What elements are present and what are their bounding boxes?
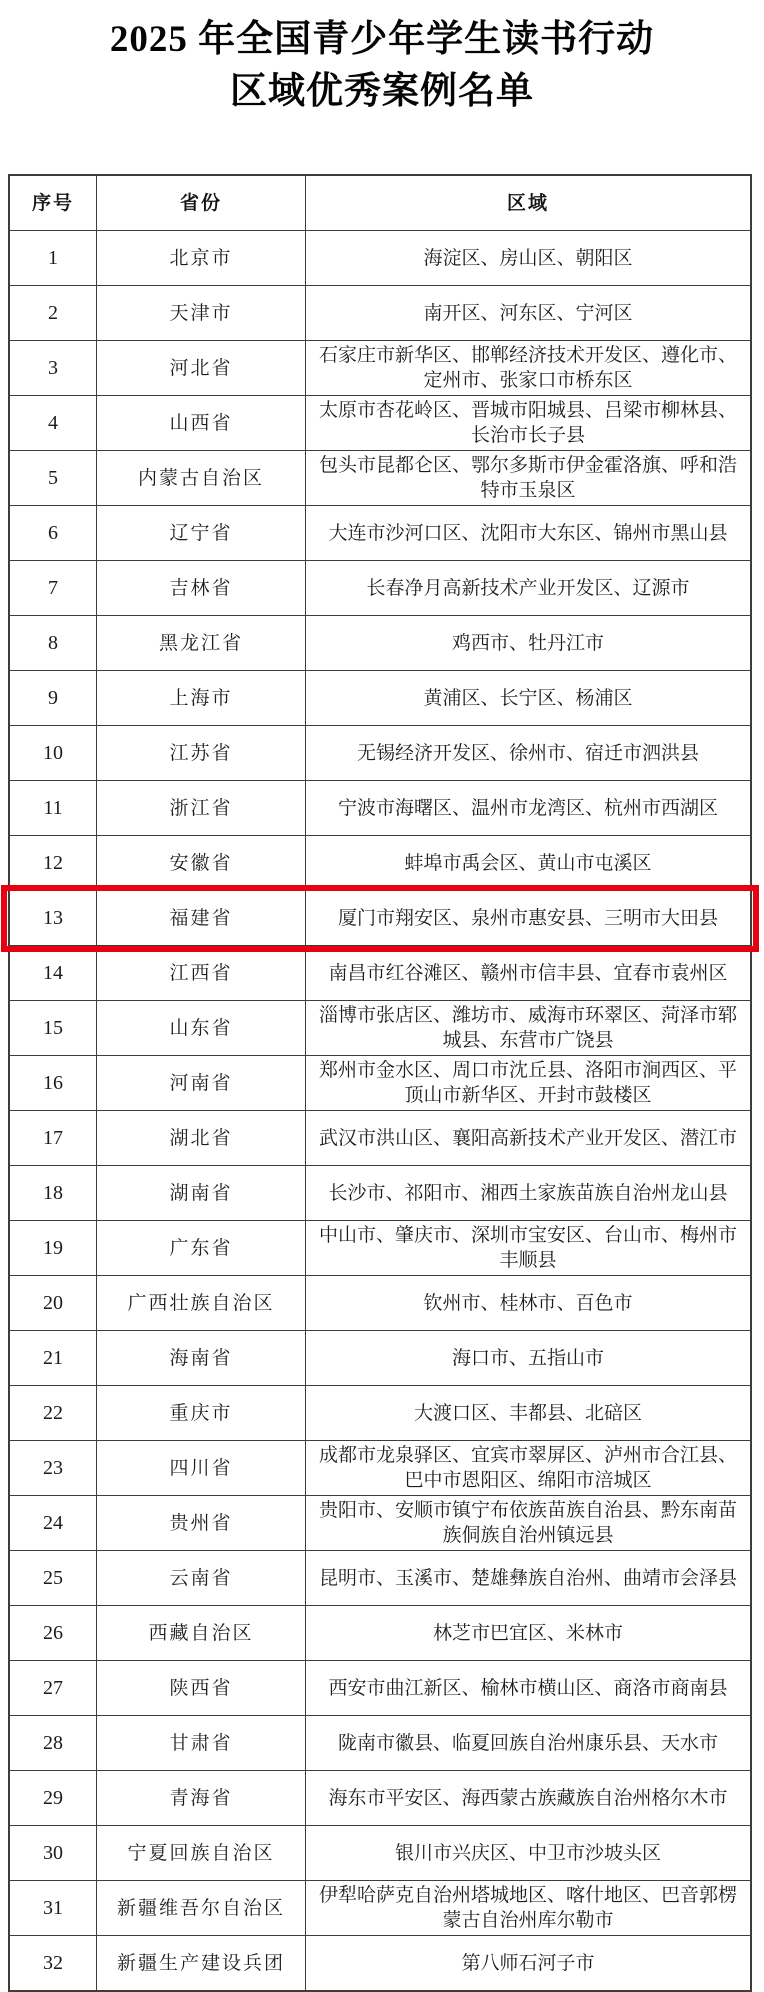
province-cell: 河北省 <box>97 341 306 396</box>
title-line-1: 2025 年全国青少年学生读书行动 <box>0 14 764 66</box>
regions-cell: 武汉市洪山区、襄阳高新技术产业开发区、潜江市 <box>306 1111 752 1166</box>
row-number-cell: 24 <box>9 1496 97 1551</box>
table-row: 30 宁夏回族自治区 银川市兴庆区、中卫市沙坡头区 <box>9 1826 751 1881</box>
table-row: 7 吉林省 长春净月高新技术产业开发区、辽源市 <box>9 561 751 616</box>
row-number-cell: 9 <box>9 671 97 726</box>
table-row: 16 河南省 郑州市金水区、周口市沈丘县、洛阳市涧西区、平顶山市新华区、开封市鼓… <box>9 1056 751 1111</box>
regions-cell: 海东市平安区、海西蒙古族藏族自治州格尔木市 <box>306 1771 752 1826</box>
province-cell: 江苏省 <box>97 726 306 781</box>
row-number-cell: 19 <box>9 1221 97 1276</box>
province-cell: 重庆市 <box>97 1386 306 1441</box>
province-cell: 河南省 <box>97 1056 306 1111</box>
regions-cell: 大连市沙河口区、沈阳市大东区、锦州市黑山县 <box>306 506 752 561</box>
regions-cell: 银川市兴庆区、中卫市沙坡头区 <box>306 1826 752 1881</box>
regions-cell: 淄博市张店区、潍坊市、威海市环翠区、菏泽市郓城县、东营市广饶县 <box>306 1001 752 1056</box>
regions-cell: 成都市龙泉驿区、宜宾市翠屏区、泸州市合江县、巴中市恩阳区、绵阳市涪城区 <box>306 1441 752 1496</box>
regions-cell: 海口市、五指山市 <box>306 1331 752 1386</box>
row-number-cell: 25 <box>9 1551 97 1606</box>
row-number-cell: 2 <box>9 286 97 341</box>
row-number-cell: 8 <box>9 616 97 671</box>
province-cell: 北京市 <box>97 231 306 286</box>
regions-cell: 南昌市红谷滩区、赣州市信丰县、宜春市袁州区 <box>306 946 752 1001</box>
table-row: 24 贵州省 贵阳市、安顺市镇宁布依族苗族自治县、黔东南苗族侗族自治州镇远县 <box>9 1496 751 1551</box>
row-number-cell: 13 <box>9 891 97 946</box>
page: 2025 年全国青少年学生读书行动 区域优秀案例名单 序号 省份 区域 1 北京… <box>0 14 764 1992</box>
regions-cell: 鸡西市、牡丹江市 <box>306 616 752 671</box>
row-number-cell: 21 <box>9 1331 97 1386</box>
regions-cell: 郑州市金水区、周口市沈丘县、洛阳市涧西区、平顶山市新华区、开封市鼓楼区 <box>306 1056 752 1111</box>
regions-cell: 贵阳市、安顺市镇宁布依族苗族自治县、黔东南苗族侗族自治州镇远县 <box>306 1496 752 1551</box>
regions-cell: 大渡口区、丰都县、北碚区 <box>306 1386 752 1441</box>
regions-cell: 海淀区、房山区、朝阳区 <box>306 231 752 286</box>
province-cell: 云南省 <box>97 1551 306 1606</box>
row-number-cell: 4 <box>9 396 97 451</box>
table-row: 15 山东省 淄博市张店区、潍坊市、威海市环翠区、菏泽市郓城县、东营市广饶县 <box>9 1001 751 1056</box>
province-cell: 四川省 <box>97 1441 306 1496</box>
regions-cell: 厦门市翔安区、泉州市惠安县、三明市大田县 <box>306 891 752 946</box>
province-cell: 山东省 <box>97 1001 306 1056</box>
row-number-cell: 15 <box>9 1001 97 1056</box>
province-cell: 吉林省 <box>97 561 306 616</box>
header-cell-province: 省份 <box>97 175 306 231</box>
table-row: 20 广西壮族自治区 钦州市、桂林市、百色市 <box>9 1276 751 1331</box>
row-number-cell: 31 <box>9 1881 97 1936</box>
table-row: 3 河北省 石家庄市新华区、邯郸经济技术开发区、遵化市、定州市、张家口市桥东区 <box>9 341 751 396</box>
regions-cell: 昆明市、玉溪市、楚雄彝族自治州、曲靖市会泽县 <box>306 1551 752 1606</box>
table-row: 12 安徽省 蚌埠市禹会区、黄山市屯溪区 <box>9 836 751 891</box>
province-cell: 湖南省 <box>97 1166 306 1221</box>
province-cell: 青海省 <box>97 1771 306 1826</box>
table-row: 21 海南省 海口市、五指山市 <box>9 1331 751 1386</box>
table-row: 5 内蒙古自治区 包头市昆都仑区、鄂尔多斯市伊金霍洛旗、呼和浩特市玉泉区 <box>9 451 751 506</box>
row-number-cell: 28 <box>9 1716 97 1771</box>
row-number-cell: 6 <box>9 506 97 561</box>
province-cell: 安徽省 <box>97 836 306 891</box>
row-number-cell: 26 <box>9 1606 97 1661</box>
province-cell: 福建省 <box>97 891 306 946</box>
row-number-cell: 11 <box>9 781 97 836</box>
table-row: 18 湖南省 长沙市、祁阳市、湘西土家族苗族自治州龙山县 <box>9 1166 751 1221</box>
province-cell: 贵州省 <box>97 1496 306 1551</box>
regions-cell: 石家庄市新华区、邯郸经济技术开发区、遵化市、定州市、张家口市桥东区 <box>306 341 752 396</box>
table-row: 6 辽宁省 大连市沙河口区、沈阳市大东区、锦州市黑山县 <box>9 506 751 561</box>
province-cell: 湖北省 <box>97 1111 306 1166</box>
table-row: 22 重庆市 大渡口区、丰都县、北碚区 <box>9 1386 751 1441</box>
row-number-cell: 27 <box>9 1661 97 1716</box>
row-number-cell: 17 <box>9 1111 97 1166</box>
row-number-cell: 23 <box>9 1441 97 1496</box>
row-number-cell: 30 <box>9 1826 97 1881</box>
title-line-2: 区域优秀案例名单 <box>0 66 764 118</box>
regions-cell: 陇南市徽县、临夏回族自治州康乐县、天水市 <box>306 1716 752 1771</box>
table-row: 13 福建省 厦门市翔安区、泉州市惠安县、三明市大田县 <box>9 891 751 946</box>
row-number-cell: 29 <box>9 1771 97 1826</box>
table-row: 8 黑龙江省 鸡西市、牡丹江市 <box>9 616 751 671</box>
province-cell: 山西省 <box>97 396 306 451</box>
row-number-cell: 12 <box>9 836 97 891</box>
table-row: 9 上海市 黄浦区、长宁区、杨浦区 <box>9 671 751 726</box>
table-row: 14 江西省 南昌市红谷滩区、赣州市信丰县、宜春市袁州区 <box>9 946 751 1001</box>
header-row: 序号 省份 区域 <box>9 175 751 231</box>
table-row: 25 云南省 昆明市、玉溪市、楚雄彝族自治州、曲靖市会泽县 <box>9 1551 751 1606</box>
province-cell: 黑龙江省 <box>97 616 306 671</box>
table-row: 28 甘肃省 陇南市徽县、临夏回族自治州康乐县、天水市 <box>9 1716 751 1771</box>
province-cell: 上海市 <box>97 671 306 726</box>
table-row: 11 浙江省 宁波市海曙区、温州市龙湾区、杭州市西湖区 <box>9 781 751 836</box>
table-row: 27 陕西省 西安市曲江新区、榆林市横山区、商洛市商南县 <box>9 1661 751 1716</box>
row-number-cell: 5 <box>9 451 97 506</box>
province-cell: 新疆生产建设兵团 <box>97 1936 306 1992</box>
regions-cell: 长春净月高新技术产业开发区、辽源市 <box>306 561 752 616</box>
regions-cell: 无锡经济开发区、徐州市、宿迁市泗洪县 <box>306 726 752 781</box>
province-cell: 广东省 <box>97 1221 306 1276</box>
table-wrap: 序号 省份 区域 1 北京市 海淀区、房山区、朝阳区 2 天津市 南开区、河东区… <box>8 174 752 1992</box>
regions-cell: 太原市杏花岭区、晋城市阳城县、吕梁市柳林县、长治市长子县 <box>306 396 752 451</box>
page-title: 2025 年全国青少年学生读书行动 区域优秀案例名单 <box>0 14 764 118</box>
table-row: 19 广东省 中山市、肇庆市、深圳市宝安区、台山市、梅州市丰顺县 <box>9 1221 751 1276</box>
row-number-cell: 3 <box>9 341 97 396</box>
row-number-cell: 32 <box>9 1936 97 1992</box>
row-number-cell: 10 <box>9 726 97 781</box>
row-number-cell: 16 <box>9 1056 97 1111</box>
province-cell: 海南省 <box>97 1331 306 1386</box>
table-row: 29 青海省 海东市平安区、海西蒙古族藏族自治州格尔木市 <box>9 1771 751 1826</box>
row-number-cell: 22 <box>9 1386 97 1441</box>
table-row: 1 北京市 海淀区、房山区、朝阳区 <box>9 231 751 286</box>
regions-cell: 中山市、肇庆市、深圳市宝安区、台山市、梅州市丰顺县 <box>306 1221 752 1276</box>
province-cell: 内蒙古自治区 <box>97 451 306 506</box>
table-row: 32 新疆生产建设兵团 第八师石河子市 <box>9 1936 751 1992</box>
province-cell: 甘肃省 <box>97 1716 306 1771</box>
table-row: 10 江苏省 无锡经济开发区、徐州市、宿迁市泗洪县 <box>9 726 751 781</box>
regions-cell: 钦州市、桂林市、百色市 <box>306 1276 752 1331</box>
regions-cell: 南开区、河东区、宁河区 <box>306 286 752 341</box>
row-number-cell: 20 <box>9 1276 97 1331</box>
row-number-cell: 7 <box>9 561 97 616</box>
province-cell: 新疆维吾尔自治区 <box>97 1881 306 1936</box>
table-row: 4 山西省 太原市杏花岭区、晋城市阳城县、吕梁市柳林县、长治市长子县 <box>9 396 751 451</box>
regions-cell: 西安市曲江新区、榆林市横山区、商洛市商南县 <box>306 1661 752 1716</box>
regions-cell: 第八师石河子市 <box>306 1936 752 1992</box>
header-cell-region: 区域 <box>306 175 752 231</box>
table-row: 2 天津市 南开区、河东区、宁河区 <box>9 286 751 341</box>
table-row: 31 新疆维吾尔自治区 伊犁哈萨克自治州塔城地区、喀什地区、巴音郭楞蒙古自治州库… <box>9 1881 751 1936</box>
cases-table: 序号 省份 区域 1 北京市 海淀区、房山区、朝阳区 2 天津市 南开区、河东区… <box>8 174 752 1992</box>
row-number-cell: 1 <box>9 231 97 286</box>
province-cell: 浙江省 <box>97 781 306 836</box>
table-row: 26 西藏自治区 林芝市巴宜区、米林市 <box>9 1606 751 1661</box>
regions-cell: 蚌埠市禹会区、黄山市屯溪区 <box>306 836 752 891</box>
regions-cell: 宁波市海曙区、温州市龙湾区、杭州市西湖区 <box>306 781 752 836</box>
province-cell: 天津市 <box>97 286 306 341</box>
regions-cell: 长沙市、祁阳市、湘西土家族苗族自治州龙山县 <box>306 1166 752 1221</box>
regions-cell: 包头市昆都仑区、鄂尔多斯市伊金霍洛旗、呼和浩特市玉泉区 <box>306 451 752 506</box>
regions-cell: 伊犁哈萨克自治州塔城地区、喀什地区、巴音郭楞蒙古自治州库尔勒市 <box>306 1881 752 1936</box>
table-row: 23 四川省 成都市龙泉驿区、宜宾市翠屏区、泸州市合江县、巴中市恩阳区、绵阳市涪… <box>9 1441 751 1496</box>
province-cell: 辽宁省 <box>97 506 306 561</box>
province-cell: 陕西省 <box>97 1661 306 1716</box>
table-body: 1 北京市 海淀区、房山区、朝阳区 2 天津市 南开区、河东区、宁河区 3 河北… <box>9 231 751 1992</box>
row-number-cell: 14 <box>9 946 97 1001</box>
province-cell: 宁夏回族自治区 <box>97 1826 306 1881</box>
regions-cell: 黄浦区、长宁区、杨浦区 <box>306 671 752 726</box>
table-head: 序号 省份 区域 <box>9 175 751 231</box>
table-row: 17 湖北省 武汉市洪山区、襄阳高新技术产业开发区、潜江市 <box>9 1111 751 1166</box>
province-cell: 西藏自治区 <box>97 1606 306 1661</box>
province-cell: 广西壮族自治区 <box>97 1276 306 1331</box>
header-cell-number: 序号 <box>9 175 97 231</box>
regions-cell: 林芝市巴宜区、米林市 <box>306 1606 752 1661</box>
row-number-cell: 18 <box>9 1166 97 1221</box>
province-cell: 江西省 <box>97 946 306 1001</box>
